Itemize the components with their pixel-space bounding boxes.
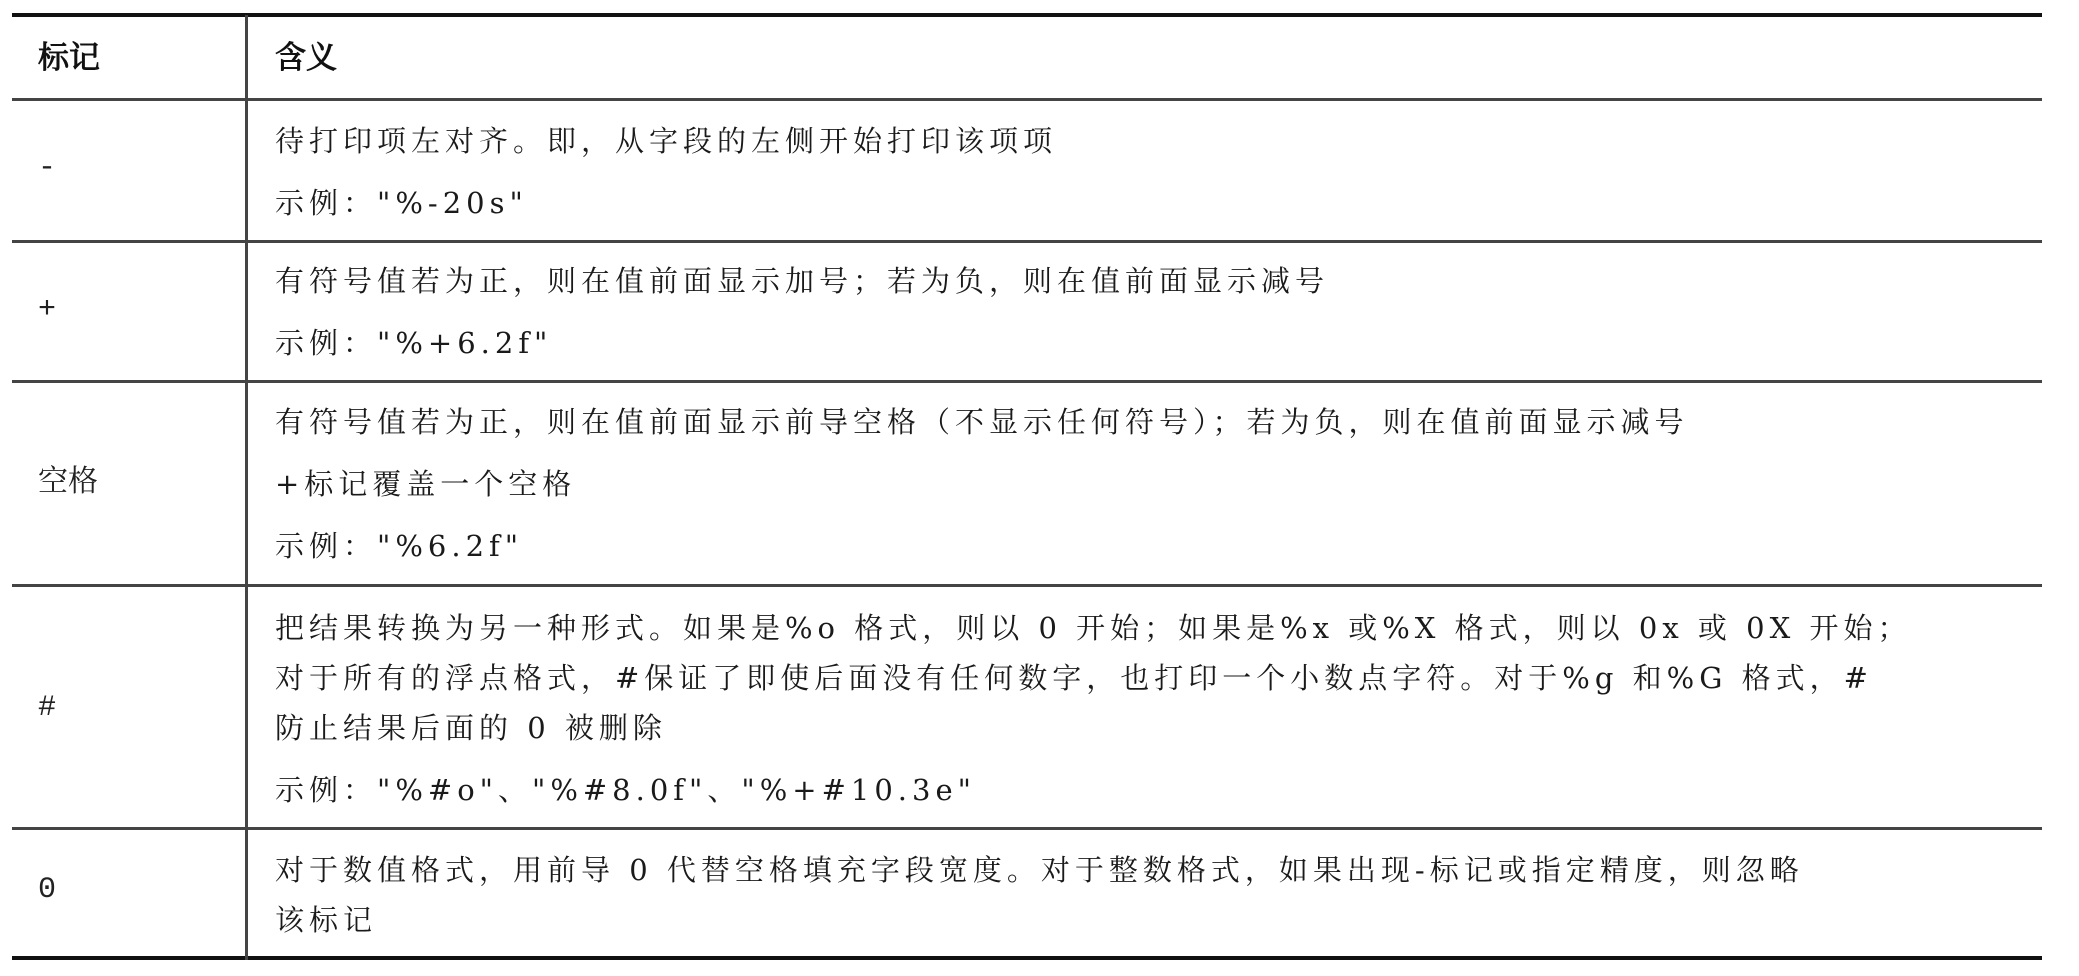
row-divider: [12, 380, 2042, 383]
header-flag: 标记: [38, 36, 100, 80]
header-meaning: 含义: [275, 36, 337, 80]
row-divider: [12, 827, 2042, 830]
meaning-cell: 待打印项左对齐。即，从字段的左侧开始打印该项项 示例："%-20s": [275, 116, 2035, 228]
meaning-line: 该标记: [275, 895, 2035, 945]
table-bottom-rule: [12, 956, 2042, 960]
meaning-cell: 对于数值格式，用前导 0 代替空格填充字段宽度。对于整数格式，如果出现-标记或指…: [275, 845, 2035, 945]
header-rule: [12, 98, 2042, 101]
column-divider: [245, 15, 248, 960]
example-line: 示例："%#o"、"%#8.0f"、"%+#10.3e": [275, 765, 2035, 815]
flag-cell: 0: [38, 870, 56, 910]
example-line: 示例："%+6.2f": [275, 318, 2035, 368]
meaning-cell: 有符号值若为正，则在值前面显示前导空格（不显示任何符号）；若为负，则在值前面显示…: [275, 397, 2035, 571]
flag-cell: 空格: [38, 462, 98, 502]
row-divider: [12, 584, 2042, 587]
meaning-line: 对于所有的浮点格式，#保证了即使后面没有任何数字，也打印一个小数点字符。对于%g…: [275, 653, 2035, 703]
row-divider: [12, 240, 2042, 243]
meaning-line: 待打印项左对齐。即，从字段的左侧开始打印该项项: [275, 116, 2035, 166]
meaning-line: 把结果转换为另一种形式。如果是%o 格式，则以 0 开始；如果是%x 或%X 格…: [275, 603, 2035, 653]
meaning-line: +标记覆盖一个空格: [275, 459, 2035, 509]
example-line: 示例："%-20s": [275, 178, 2035, 228]
meaning-cell: 把结果转换为另一种形式。如果是%o 格式，则以 0 开始；如果是%x 或%X 格…: [275, 603, 2035, 815]
flag-cell: +: [38, 290, 56, 330]
meaning-line: 有符号值若为正，则在值前面显示前导空格（不显示任何符号）；若为负，则在值前面显示…: [275, 397, 2035, 447]
meaning-line: 有符号值若为正，则在值前面显示加号；若为负，则在值前面显示减号: [275, 256, 2035, 306]
flag-cell: -: [38, 148, 56, 188]
meaning-cell: 有符号值若为正，则在值前面显示加号；若为负，则在值前面显示减号 示例："%+6.…: [275, 256, 2035, 368]
table-top-rule: [12, 13, 2042, 17]
flag-cell: #: [38, 688, 56, 728]
meaning-line: 对于数值格式，用前导 0 代替空格填充字段宽度。对于整数格式，如果出现-标记或指…: [275, 845, 2035, 895]
meaning-line: 防止结果后面的 0 被删除: [275, 703, 2035, 753]
example-line: 示例："%6.2f": [275, 521, 2035, 571]
